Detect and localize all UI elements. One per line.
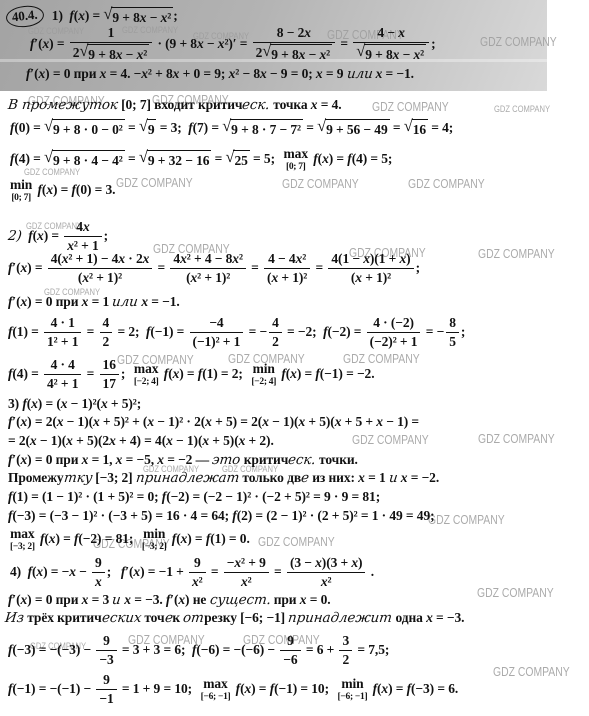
math-line-s2-values1: f(1) = 4 · 11² + 1 = 42 = 2; f(−1) = −4(… (8, 316, 465, 350)
operator-name: max (10, 527, 34, 541)
math-text: f′(x) = 0 при x = 1, x = −5, x = −2 — (8, 452, 212, 469)
math-line-s3-critical: f′(x) = 0 при x = 1, x = −5, x = −2 — эт… (8, 452, 358, 469)
math-text: 4 · (−2) (373, 316, 414, 331)
watermark: GDZ COMPANY (493, 664, 570, 679)
math-line-s1-roots: f′(x) = 0 при x = 4. −x² + 8x + 0 = 9; x… (26, 66, 414, 83)
math-line-s1-interval: В промежуток [0; 7] входит критическ. то… (8, 97, 342, 114)
math-text: = (83, 366, 97, 383)
limit-operator: min[−2; 4] (251, 362, 276, 387)
interval-subscript: [0; 7] (11, 194, 31, 204)
handwritten-text: принадлежит (287, 610, 393, 627)
operator-name: min (10, 178, 32, 192)
math-text: 9 + 8x − x² (88, 47, 147, 63)
radicand: 9 + 8x − x² (87, 44, 149, 63)
math-text: f(4) = (8, 366, 42, 383)
math-text: 1) f(x) = (49, 8, 104, 25)
handwritten-text: тку (63, 470, 93, 487)
math-line-s3-deriv2: = 2(x − 1)(x + 5)(2x + 4) = 4(x − 1)(x +… (8, 433, 274, 450)
radical-icon: √ (404, 118, 413, 134)
fraction-denominator: 2 (269, 333, 282, 349)
radicand: 9 + 8 · 4 − 4² (52, 150, 125, 169)
math-text: 9 + 8x − x² (112, 10, 171, 26)
math-text: 9 (287, 634, 294, 649)
math-text: f′(x) = 2(x − 1)(x + 5)² + (x − 1)² · 2(… (8, 414, 419, 431)
math-text: = (211, 151, 225, 168)
math-text: (−2)² + 1 (370, 335, 418, 350)
math-text: = 1 + 9 = 10; (119, 681, 199, 698)
math-line-s4-title: 4) f(x) = −x − 9x; f′(x) = −1 + 9x² = −x… (10, 556, 374, 590)
fraction: 9−6 (280, 634, 300, 668)
math-text: f(1) = (1 − 1)² · (1 + 5)² = 0; f(−2) = … (8, 489, 380, 506)
square-root: √9 + 8x − x² (79, 44, 149, 63)
fraction: (3 − x)(3 + x)x² (287, 556, 366, 590)
math-text: −4 (209, 316, 223, 331)
math-text: 16 (103, 358, 116, 373)
fraction-numerator: 4 (269, 316, 282, 333)
watermark: GDZ COMPANY (408, 176, 485, 191)
math-text: 3) f(x) = (x − 1)²(x + 5)²; (8, 396, 141, 413)
limit-operator: min[−6; −1] (338, 677, 368, 702)
math-text: f(x) = f(−2) = 81; (37, 531, 140, 548)
radical-icon: √ (44, 149, 53, 165)
math-text: x² (241, 575, 252, 590)
math-text: 9 (103, 673, 110, 688)
math-text: 4 (272, 316, 279, 331)
watermark: GDZ COMPANY (494, 104, 550, 115)
math-text: = 4; (428, 120, 453, 137)
math-text: x² (192, 575, 203, 590)
fraction-denominator: 17 (100, 375, 119, 391)
fraction-numerator: 4(x² + 1) − 4x · 2x (48, 252, 153, 269)
math-text: (x + 1)² (267, 271, 307, 286)
fraction: −4(−1)² + 1 (190, 316, 244, 350)
operator-name: min (341, 677, 363, 691)
math-text: 9 + 8x − x² (271, 47, 330, 63)
radical-icon: √ (79, 43, 88, 59)
math-text: 9 (148, 122, 155, 138)
math-text: 4 − 4x² (268, 252, 306, 267)
square-root: √9 + 8x − x² (356, 44, 426, 63)
math-text: 4 · 1 (51, 316, 75, 331)
math-text: [−3; 2] (92, 470, 136, 487)
fraction-denominator: −6 (280, 651, 300, 667)
math-line-s3-interval: Промежутку [−3; 2] принадлежат только дв… (8, 470, 439, 487)
fraction: 4x² + 4 − 8x²(x² + 1)² (170, 252, 245, 286)
fraction-numerator: 4x² + 4 − 8x² (170, 252, 245, 269)
math-text: 4(x² + 1) − 4x · 2x (51, 252, 150, 267)
math-text: f(x) = (22, 228, 63, 245)
math-text: 9 (194, 556, 201, 571)
watermark: GDZ COMPANY (282, 176, 359, 191)
math-text: 9 + 8 · 4 − 4² (53, 153, 123, 169)
fraction: 1617 (100, 358, 119, 392)
fraction-numerator: −4 (190, 316, 244, 333)
math-text: (x² + 1)² (78, 271, 122, 286)
math-text: 4 − x (377, 26, 404, 41)
math-text: f(x) = f(4) = 5; (310, 151, 392, 168)
fraction-numerator: 9 (96, 634, 116, 651)
fraction: 9−3 (96, 634, 116, 668)
interval-subscript: [0; 7] (286, 163, 306, 173)
fraction-numerator: 4x (64, 220, 101, 237)
math-text: ; (104, 228, 108, 245)
fraction-denominator: (−1)² + 1 (190, 333, 244, 349)
radicand: 9 + 8 · 0 − 0² (52, 119, 125, 138)
interval-subscript: [−2; 4] (134, 378, 159, 388)
handwritten-text: еских (101, 610, 142, 627)
math-line-s1-values1: f(0) = √9 + 8 · 0 − 0² = √9 = 3; f(7) = … (10, 119, 453, 138)
fraction: 4 · (−2)(−2)² + 1 (367, 316, 421, 350)
math-text: f(−3) = (−3 − 1)² · (−3 + 5) = 16 · 4 = … (8, 508, 435, 525)
math-text: = (337, 36, 351, 53)
square-root: √9 + 8 · 0 − 0² (44, 119, 125, 138)
math-text: резку [−6; −1] (204, 610, 288, 627)
math-text: f(−1) = −(−1) − (8, 681, 94, 698)
math-line-s1-deriv: f′(x) = 12√9 + 8x − x² · (9 + 8x − x²)′ … (30, 26, 435, 63)
math-text: f′(x) = (8, 260, 46, 277)
math-text: 9 + 32 − 16 (148, 153, 210, 169)
interval-subscript: [−2; 4] (251, 378, 276, 388)
fraction: 4 − 4x²(x + 1)² (264, 252, 310, 286)
fraction-denominator: 2√9 + 8x − x² (253, 43, 335, 63)
math-text: 1² + 1 (47, 335, 78, 350)
math-text: = (390, 120, 404, 137)
math-text: 9 + 8x − x² (365, 47, 424, 63)
fraction: 42 (100, 316, 113, 350)
radical-icon: √ (139, 118, 148, 134)
fraction: 4(x² + 1) − 4x · 2x(x² + 1)² (48, 252, 153, 286)
square-root: √9 + 56 − 49 (317, 119, 389, 138)
fraction-numerator: (3 − x)(3 + x) (287, 556, 366, 573)
math-text: ; (121, 366, 132, 383)
math-text: из них: x = 1 (309, 470, 389, 487)
math-text: = 6 + (303, 642, 338, 659)
math-text: = (271, 564, 285, 581)
math-text: точка x = 4. (270, 97, 342, 114)
math-text: = 3 + 3 = 6; f(−6) = −(−6) − (119, 642, 279, 659)
square-root: √16 (404, 119, 428, 138)
math-text: = (125, 120, 139, 137)
operator-name: max (284, 147, 308, 161)
handwritten-text: это (211, 452, 241, 469)
math-text: трёх критич (24, 610, 102, 627)
limit-operator: max[−2; 4] (134, 362, 159, 387)
fraction: −x² + 9x² (224, 556, 269, 590)
operator-name: min (143, 527, 165, 541)
math-line-s3-maxmin: max[−3; 2] f(x) = f(−2) = 81; min[−3; 2]… (8, 527, 250, 552)
radicand: 9 + 8x − x² (364, 44, 426, 63)
watermark: GDZ COMPANY (258, 534, 335, 549)
math-line-s3-values1: f(1) = (1 − 1)² · (1 + 5)² = 0; f(−2) = … (8, 489, 380, 506)
math-text: f′(x) = 0 при x = 1 (8, 294, 112, 311)
math-text: 4 (103, 316, 110, 331)
fraction: 12√9 + 8x − x² (70, 26, 152, 63)
math-text: = − (422, 324, 444, 341)
math-text: 4² + 1 (47, 377, 78, 392)
fraction-denominator: x² (224, 573, 269, 589)
radical-icon: √ (222, 118, 231, 134)
math-text: 2 (272, 335, 279, 350)
fraction-numerator: 4 · (−2) (367, 316, 421, 333)
fraction-denominator: 5 (446, 333, 459, 349)
math-text: = (303, 120, 317, 137)
fraction-denominator: √9 + 8x − x² (353, 43, 429, 63)
math-text: = (312, 260, 326, 277)
math-text: (−1)² + 1 (193, 335, 241, 350)
math-line-s3-values2: f(−3) = (−3 − 1)² · (−3 + 5) = 16 · 4 = … (8, 508, 435, 525)
fraction-numerator: 9 (92, 556, 105, 573)
handwritten-text: или (346, 66, 373, 83)
fraction-denominator: −3 (96, 651, 116, 667)
math-text: 1 (108, 26, 115, 41)
math-line-s3-deriv1: f′(x) = 2(x − 1)(x + 5)² + (x − 1)² · 2(… (8, 414, 419, 431)
fraction-numerator: 4 (100, 316, 113, 333)
math-text: f(x) = f(1) = 2; (161, 366, 250, 383)
handwritten-text: 2) (7, 228, 22, 245)
math-text: f(−3) = −(−3) − (8, 642, 94, 659)
radicand: 9 + 32 − 16 (147, 150, 212, 169)
handwritten-text: принадлежат (135, 470, 240, 487)
math-text: 2 (73, 46, 80, 61)
math-text: 2 (256, 46, 263, 61)
math-text: ; (416, 260, 420, 277)
math-line-s4-roots: f′(x) = 0 при x = 3 и x = −3. f′(x) не с… (8, 592, 331, 609)
math-text: при x = 0. (270, 592, 330, 609)
math-text: = (154, 260, 168, 277)
handwritten-text: от (182, 610, 205, 627)
math-text: 8 − 2x (277, 26, 311, 41)
fraction-denominator: (−2)² + 1 (367, 333, 421, 349)
watermark: GDZ COMPANY (352, 432, 429, 447)
math-text: 9 (103, 634, 110, 649)
square-root: √9 + 8x − x² (103, 7, 173, 26)
fraction-numerator: 8 (446, 316, 459, 333)
math-text: = 7,5; (354, 642, 389, 659)
math-line-s3-title: 3) f(x) = (x − 1)²(x + 5)²; (8, 396, 141, 413)
math-line-s1-min: min[0; 7] f(x) = f(0) = 3. (8, 178, 115, 203)
fraction-denominator: (x² + 1)² (170, 269, 245, 285)
math-text: f(0) = (10, 120, 44, 137)
fraction-numerator: 9 (280, 634, 300, 651)
math-line-s1-title: 40.4. 1) f(x) = √9 + 8x − x²; (6, 6, 178, 27)
math-text: = 2(x − 1)(x + 5)(2x + 4) = 4(x − 1)(x +… (8, 433, 274, 450)
fraction: 4 − x√9 + 8x − x² (353, 26, 429, 63)
fraction-denominator: (x + 1)² (264, 269, 310, 285)
math-text: 2 (103, 335, 110, 350)
limit-operator: max[−3; 2] (10, 527, 35, 552)
math-text: f′(x) = 0 при x = 4. −x² + 8x + 0 = 9; x… (26, 66, 347, 83)
fraction-denominator: x (92, 573, 105, 589)
radicand: 9 + 56 − 49 (325, 119, 390, 138)
radical-icon: √ (103, 6, 112, 22)
operator-name: max (203, 677, 227, 691)
math-text: 4(1 − x)(1 + x) (331, 252, 410, 267)
radical-icon: √ (139, 149, 148, 165)
math-text: точки. (316, 452, 358, 469)
math-text: 4x (76, 220, 89, 235)
handwritten-text: сущест. (209, 592, 272, 609)
square-root: √9 + 8x − x² (262, 44, 332, 63)
math-text: −3 (99, 653, 113, 668)
math-text: = −2; f(−2) = (284, 324, 365, 341)
handwritten-text: и (388, 470, 398, 487)
fraction: 4 · 44² + 1 (44, 358, 81, 392)
fraction-numerator: 4 · 1 (44, 316, 81, 333)
interval-subscript: [−6; −1] (338, 693, 368, 703)
math-text: 25 (234, 153, 247, 169)
math-text: 9 + 8 · 7 − 7² (231, 122, 301, 138)
fraction-denominator: 2√9 + 8x − x² (70, 43, 152, 63)
math-text: 9 + 8 · 0 − 0² (53, 122, 123, 138)
math-text: x = −1. (138, 294, 180, 311)
fraction: 85 (446, 316, 459, 350)
math-text: критич (240, 452, 288, 469)
fraction-denominator: x² (189, 573, 206, 589)
math-line-s1-values2: f(4) = √9 + 8 · 4 − 4² = √9 + 32 − 16 = … (10, 147, 392, 172)
math-text: f(x) = f(−1) = 10; (232, 681, 335, 698)
square-root: √9 + 8 · 7 − 7² (222, 119, 303, 138)
math-text: (3 − x)(3 + x) (290, 556, 363, 571)
fraction: 8 − 2x2√9 + 8x − x² (253, 26, 335, 63)
square-root: √9 + 8 · 4 − 4² (44, 150, 125, 169)
math-text: (x + 1)² (351, 271, 391, 286)
watermark: GDZ COMPANY (477, 585, 554, 600)
math-text: = − (245, 324, 267, 341)
math-text: x (95, 575, 102, 590)
math-text: −6 (283, 653, 297, 668)
square-root: √9 (139, 119, 157, 138)
radicand: 9 + 8 · 7 − 7² (230, 119, 303, 138)
math-line-s4-interval: Из трёх критических точек отрезку [−6; −… (5, 610, 464, 627)
fraction-denominator: 2 (100, 333, 113, 349)
radicand: 9 (147, 119, 157, 138)
operator-name: max (134, 362, 158, 376)
math-text: = (248, 260, 262, 277)
interval-subscript: [−3; 2] (10, 543, 35, 553)
math-text: f(x) = f(0) = 3. (34, 182, 115, 199)
math-text: x² (321, 575, 332, 590)
math-text: ; f′(x) = −1 + (107, 564, 187, 581)
math-text: f′(x) = 0 при x = 3 (8, 592, 112, 609)
fraction-denominator: (x² + 1)² (48, 269, 153, 285)
fraction-numerator: 4 · 4 (44, 358, 81, 375)
handwritten-text: еск. (242, 97, 271, 114)
math-text: f(x) = f(−3) = 6. (369, 681, 458, 698)
handwritten-text: е (164, 610, 174, 627)
math-text: 9 + 56 − 49 (326, 122, 388, 138)
math-text: . (367, 564, 374, 581)
math-text: 3 (342, 634, 349, 649)
interval-subscript: [−3; 2] (142, 543, 167, 553)
math-text: f(x) = f(−1) = −2. (278, 366, 374, 383)
math-text: x = −2. (398, 470, 440, 487)
handwritten-text: еск. (287, 452, 316, 469)
fraction: 4xx² + 1 (64, 220, 101, 254)
radicand: 16 (412, 119, 428, 138)
math-text: −x² + 9 (227, 556, 266, 571)
radicand: 9 + 8x − x² (111, 7, 173, 26)
fraction-denominator: 1² + 1 (44, 333, 81, 349)
math-text: [0; 7] входит критич (118, 97, 243, 114)
math-text: 2 (342, 653, 349, 668)
radicand: 25 (233, 150, 249, 169)
interval-subscript: [−6; −1] (201, 693, 231, 703)
fraction-numerator: 9 (96, 673, 116, 690)
math-text: Промежу (8, 470, 64, 487)
square-root: √9 + 32 − 16 (139, 150, 211, 169)
math-text: только дв (239, 470, 301, 487)
fraction-numerator: 3 (339, 634, 352, 651)
fraction-numerator: −x² + 9 (224, 556, 269, 573)
math-line-s4-values1: f(−3) = −(−3) − 9−3 = 3 + 3 = 6; f(−6) =… (8, 634, 389, 668)
math-text: 5 (449, 335, 456, 350)
fraction: 9x² (189, 556, 206, 590)
math-text: = (125, 151, 139, 168)
fraction-denominator: x² (287, 573, 366, 589)
fraction: 9−1 (96, 673, 116, 707)
fraction: 42 (269, 316, 282, 350)
math-line-s2-values2: f(4) = 4 · 44² + 1 = 1617; max[−2; 4] f(… (8, 358, 374, 392)
fraction-denominator: (x + 1)² (328, 269, 413, 285)
fraction-denominator: −1 (96, 690, 116, 706)
math-text: 9 (95, 556, 102, 571)
math-text: одна x = −3. (392, 610, 464, 627)
fraction-denominator: 4² + 1 (44, 375, 81, 391)
solution-page: GDZ COMPANYGDZ COMPANYGDZ COMPANYGDZ COM… (0, 0, 589, 716)
radicand: 9 + 8x − x² (270, 44, 332, 63)
math-text: = 3; f(7) = (156, 120, 222, 137)
math-text: 8 (449, 316, 456, 331)
math-text: 4 · 4 (51, 358, 75, 373)
math-line-s2-title: 2) f(x) = 4xx² + 1; (8, 220, 108, 254)
math-text: (x² + 1)² (186, 271, 230, 286)
watermark: GDZ COMPANY (428, 512, 505, 527)
fraction-denominator: 2 (339, 651, 352, 667)
math-text: = (208, 564, 222, 581)
math-text: 16 (413, 122, 426, 138)
watermark: GDZ COMPANY (372, 99, 449, 114)
watermark: GDZ COMPANY (478, 246, 555, 261)
radical-icon: √ (44, 118, 53, 134)
math-text: f(4) = (10, 151, 44, 168)
math-text: f′(x) = (30, 36, 68, 53)
math-line-s4-values2: f(−1) = −(−1) − 9−1 = 1 + 9 = 10; max[−6… (8, 673, 458, 707)
fraction: 9x (92, 556, 105, 590)
math-text: x = −1. (372, 66, 414, 83)
watermark: GDZ COMPANY (116, 175, 193, 190)
radical-icon: √ (226, 149, 235, 165)
handwritten-text: или (112, 294, 139, 311)
fraction-numerator: 4 − 4x² (264, 252, 310, 269)
handwritten-text: Из (4, 610, 25, 627)
fraction-numerator: 4(1 − x)(1 + x) (328, 252, 413, 269)
radical-icon: √ (262, 43, 271, 59)
math-text: точ (141, 610, 164, 627)
math-text: f(1) = (8, 324, 42, 341)
limit-operator: min[0; 7] (10, 178, 32, 203)
fraction-numerator: 9 (189, 556, 206, 573)
operator-name: min (253, 362, 275, 376)
radical-icon: √ (317, 118, 326, 134)
math-text: = (83, 324, 97, 341)
math-text: ; (173, 8, 177, 25)
limit-operator: min[−3; 2] (142, 527, 167, 552)
math-line-s2-roots: f′(x) = 0 при x = 1 или x = −1. (8, 294, 180, 311)
math-line-s2-deriv: f′(x) = 4(x² + 1) − 4x · 2x(x² + 1)² = 4… (8, 252, 420, 286)
fraction: 4(1 − x)(1 + x)(x + 1)² (328, 252, 413, 286)
math-text: = 2; f(−1) = (114, 324, 187, 341)
handwritten-text: В промежуток (7, 97, 119, 114)
